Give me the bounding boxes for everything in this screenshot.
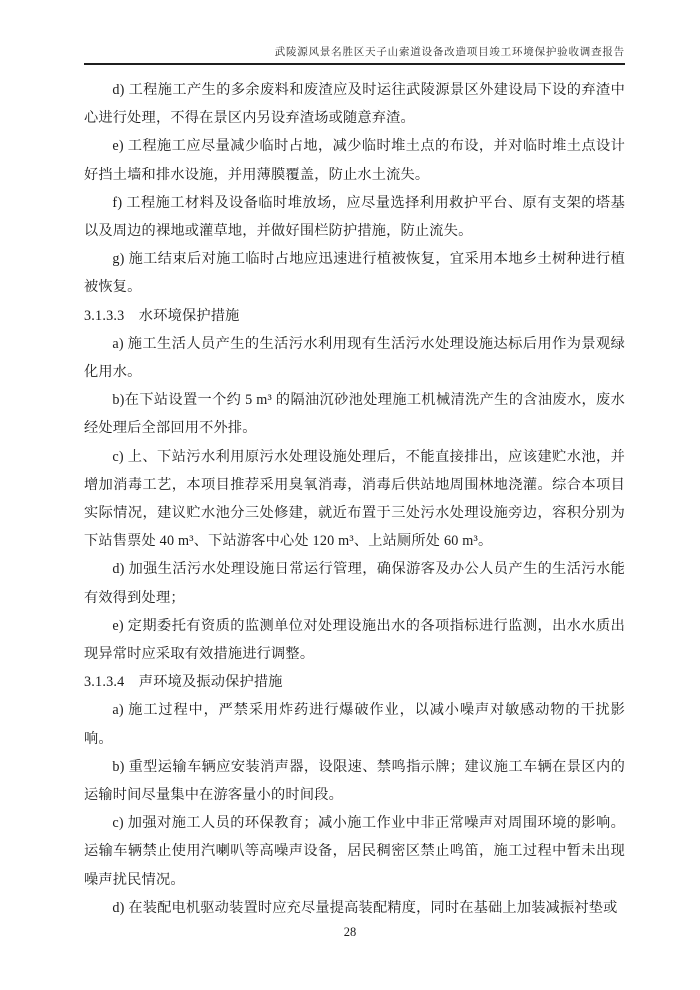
item-e-effluent-monitoring: e) 定期委托有资质的监测单位对处理设施出水的各项指标进行监测，出水水质出现异常… (84, 612, 625, 668)
section-heading-3-1-3-4: 3.1.3.4 声环境及振动保护措施 (84, 668, 625, 696)
item-c-storage-pools: c) 上、下站污水利用原污水处理设施处理后，不能直接排出，应该建贮水池，并增加消… (84, 443, 625, 556)
header-rule (84, 63, 625, 65)
section-heading-3-1-3-3: 3.1.3.3 水环境保护措施 (84, 302, 625, 330)
item-d-sewage-management: d) 加强生活污水处理设施日常运行管理，确保游客及办公人员产生的生活污水能有效得… (84, 555, 625, 611)
running-header-title: 武陵源风景名胜区天子山索道设备改造项目竣工环境保护验收调查报告 (84, 44, 625, 59)
item-a-domestic-sewage: a) 施工生活人员产生的生活污水利用现有生活污水处理设施达标后用作为景观绿化用水… (84, 330, 625, 386)
item-b-oil-separation-tank: b)在下站设置一个约 5 m³ 的隔油沉砂池处理施工机械清洗产生的含油废水，废水… (84, 386, 625, 442)
item-e-temporary-land: e) 工程施工应尽量减少临时占地，减少临时堆土点的布设，并对临时堆土点设计好挡土… (84, 132, 625, 188)
item-b-vehicle-mufflers: b) 重型运输车辆应安装消声器，设限速、禁鸣指示牌；建议施工车辆在景区内的运输时… (84, 753, 625, 809)
item-d-motor-assembly: d) 在装配电机驱动装置时应充尽量提高装配精度，同时在基础上加装减振衬垫或 (84, 894, 625, 922)
item-f-material-stacking: f) 工程施工材料及设备临时堆放场，应尽量选择利用救护平台、原有支架的塔基以及周… (84, 189, 625, 245)
item-d-spoil-disposal: d) 工程施工产生的多余废料和废渣应及时运往武陵源景区外建设局下设的弃渣中心进行… (84, 76, 625, 132)
item-a-no-blasting: a) 施工过程中，严禁采用炸药进行爆破作业，以减小噪声对敏感动物的干扰影响。 (84, 696, 625, 752)
item-c-noise-education: c) 加强对施工人员的环保教育；减小施工作业中非正常噪声对周围环境的影响。运输车… (84, 809, 625, 894)
document-page: 武陵源风景名胜区天子山索道设备改造项目竣工环境保护验收调查报告 d) 工程施工产… (0, 0, 700, 990)
item-g-vegetation-recovery: g) 施工结束后对施工临时占地应迅速进行植被恢复，宜采用本地乡土树种进行植被恢复… (84, 245, 625, 301)
document-body: d) 工程施工产生的多余废料和废渣应及时运往武陵源景区外建设局下设的弃渣中心进行… (84, 76, 625, 922)
page-number: 28 (0, 925, 700, 940)
